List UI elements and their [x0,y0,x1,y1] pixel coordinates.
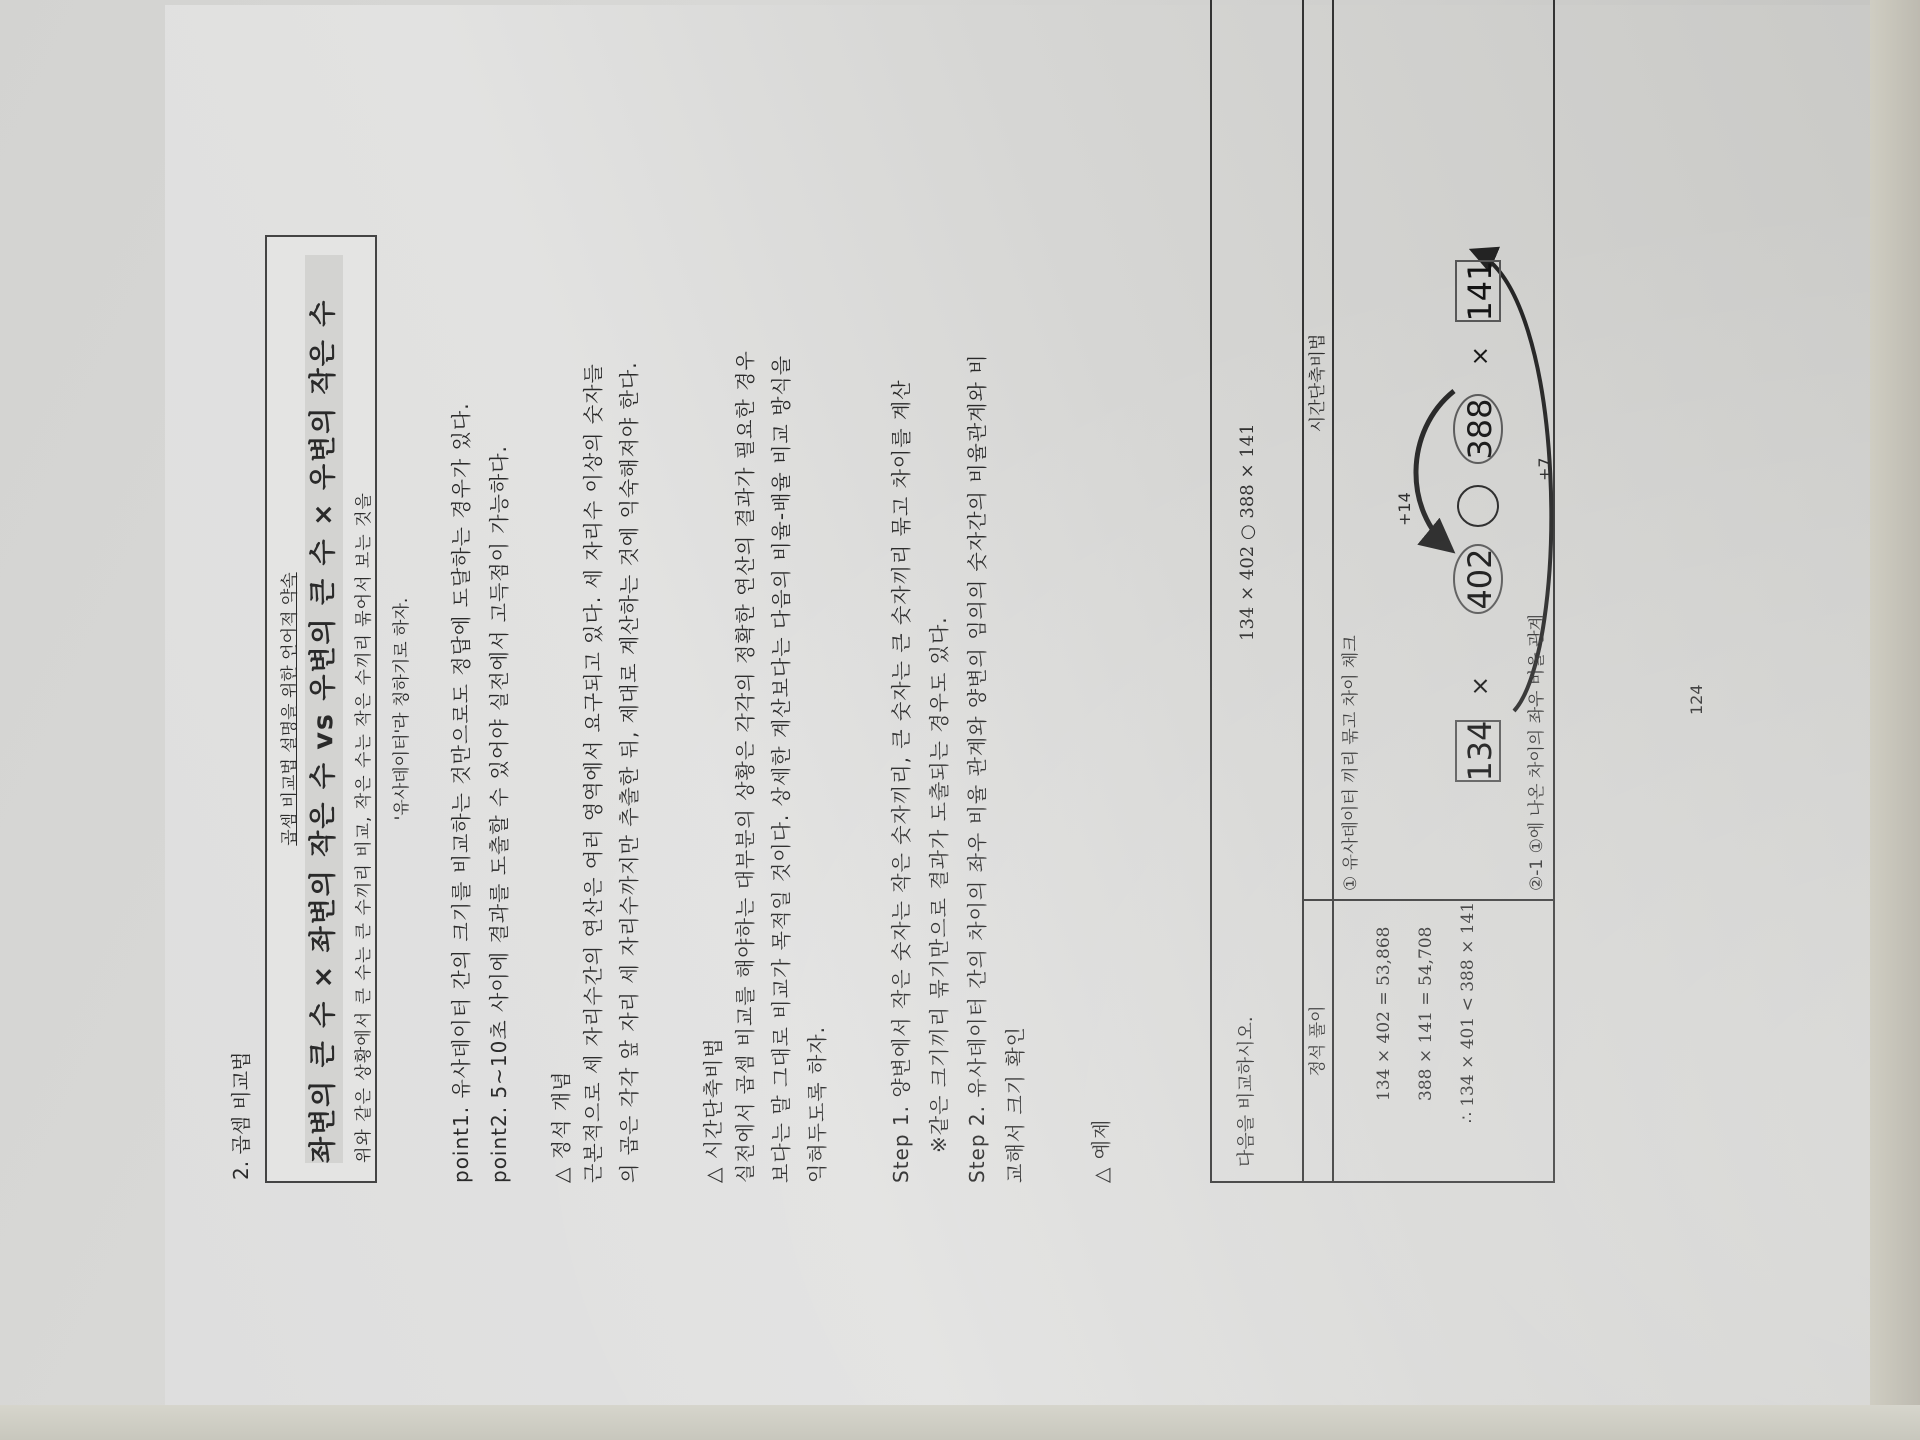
calc-conclusion: ∴ 134 × 401 < 388 × 141 [1458,902,1478,1123]
desk-surface-right [1870,0,1920,1440]
point-1: point1. 유사데이터 간의 크기를 비교하는 것만으로도 정답에 도달하는… [445,402,474,1183]
section-title: 2. 곱셈 비교법 [225,1052,254,1180]
outer-diff-label: +7 [1535,457,1554,481]
example-solution-table: 정석 풀이 134 × 402 = 53,868 388 × 141 = 54,… [1302,0,1553,1181]
svg-text:388: 388 [1461,398,1499,459]
example-question: 다음을 비교하시오. [1232,1016,1258,1167]
shortcut-heading: △ 시간단축비법 [697,1037,726,1183]
inner-diff-label: +14 [1395,492,1414,526]
shortcut-step-2: ②-1 ①에 나온 차이의 좌우 비율 관계 [1522,614,1547,891]
concept-heading: △ 정석 개념 [545,1071,574,1183]
definition-caption: 곱셈 비교법 설명을 위한 언어적 약속 [280,572,300,845]
concept-line-1: 근본적으로 세 자리수간의 연산은 여러 영역에서 요구되고 있다. 세 자리수… [577,363,606,1183]
concept-line-2: 의 곱은 각각 앞 자리 세 자리수까지만 추출한 뒤, 제대로 계산하는 것에… [613,361,642,1183]
svg-text:×: × [1466,346,1494,366]
printed-page: 2. 곱셈 비교법 곱셈 비교법 설명을 위한 언어적 약속 좌변의 큰 수 ×… [165,5,1870,1405]
point-2: point2. 5~10초 사이에 결과를 도출할 수 있어야 실전에서 고득점… [483,445,512,1183]
step-2: Step 2. 유사데이터 간의 차이의 좌우 비율 관계와 양변의 임의의 숫… [961,354,990,1183]
step-2-cont: 교해서 크기 확인 [999,1026,1028,1183]
desk-surface-bottom [0,1405,1920,1440]
definition-note: '유사데이터'라 칭하기로 하자. [387,235,412,1183]
shortcut-line-2: 보다는 말 그대로 비교가 목적일 것이다. 상세한 계산보다는 다음의 비율-… [765,355,794,1183]
page-number: 124 [1687,684,1706,715]
definition-description: 위와 같은 상황에서 큰 수는 큰 수끼리 비교, 작은 수는 작은 수끼리 묶… [349,492,374,1163]
example-expression: 134 × 402 ○ 388 × 141 [1237,423,1258,641]
step-1-note: ※같은 크기끼리 묶기만으로 결과가 도출되는 경우도 있다. [923,616,952,1153]
standard-solution-header: 정석 풀이 [1304,901,1334,1181]
svg-text:402: 402 [1461,548,1499,609]
example-heading: △ 예제 [1085,1119,1114,1183]
step-1: Step 1. 양변에서 작은 숫자는 작은 숫자끼리, 큰 숫자는 큰 숫자끼… [885,379,914,1183]
shortcut-solution-column: 시간단축비법 ① 유사데이터 끼리 묶고 차이 체크 +14 [1304,0,1553,901]
definition-box: 곱셈 비교법 설명을 위한 언어적 약속 좌변의 큰 수 × 좌변의 작은 수 … [265,235,377,1183]
svg-text:×: × [1466,676,1494,696]
shortcut-solution-header: 시간단축비법 [1304,0,1334,901]
example-box: 다음을 비교하시오. 134 × 402 ○ 388 × 141 정석 풀이 1… [1210,0,1555,1183]
svg-text:134: 134 [1461,720,1499,781]
definition-formula: 좌변의 큰 수 × 좌변의 작은 수 vs 우변의 큰 수 × 우변의 작은 수 [305,255,343,1163]
calc-line-2: 388 × 141 = 54,708 [1416,927,1436,1101]
svg-text:141: 141 [1461,260,1499,321]
shortcut-line-3: 익혀두도록 하자. [801,1026,830,1183]
calc-line-1: 134 × 402 = 53,868 [1374,927,1394,1101]
shortcut-step-1: ① 유사데이터 끼리 묶고 차이 체크 [1336,635,1361,891]
shortcut-line-1: 실전에서 곱셈 비교를 해야하는 대부분의 상황은 각각의 정확한 연산의 결과… [729,350,758,1183]
standard-solution-column: 정석 풀이 134 × 402 = 53,868 388 × 141 = 54,… [1304,899,1553,1181]
